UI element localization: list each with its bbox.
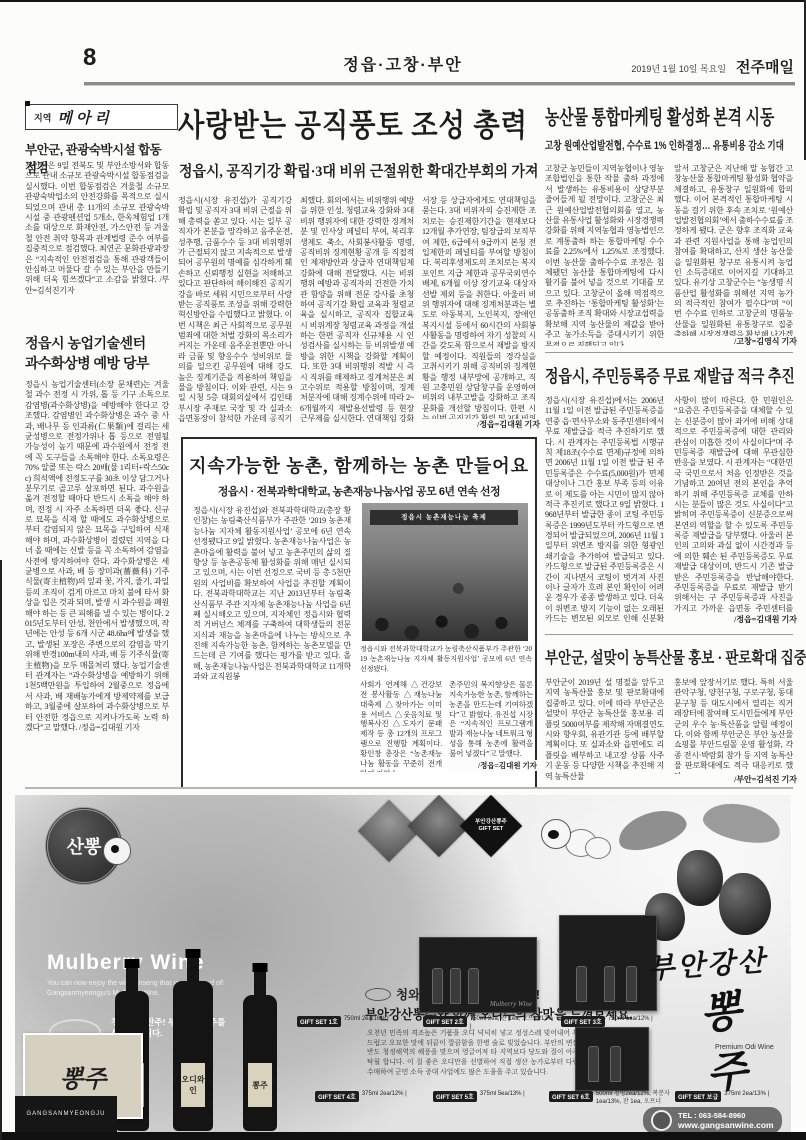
gift-set-label: GIFT SET 2호 750ml 2ea, 잔 1ea, 오프너/12% | — [423, 1016, 555, 1032]
main-byline: /정읍=김대원 기자 — [420, 419, 540, 430]
gift-set-diamond: 부안강산뽕주 GIFT SET — [460, 795, 522, 857]
header-rule — [84, 82, 795, 86]
main-column-2: 최했다. 회의에서는 비위행위 예방을 위한 인성, 청렴교육 강화와 3대 비… — [300, 196, 414, 422]
silkworm-mascot-icon — [531, 811, 611, 871]
left-article2-title-line1: 정읍시 농업기술센터 — [25, 333, 169, 353]
gift-box-photo: Mulberry Wine — [419, 937, 537, 1013]
gift-set-label: GIFT SET 3호 750ml 1ea/12% | — [561, 1016, 669, 1027]
left-article1-body: 부안군은 9일 전북도 및 부안소방서와 합동으로 관내 소규모 관광숙박시설 … — [25, 161, 169, 327]
right-article1-byline: /고창=김영식 기자 — [672, 336, 797, 347]
right-article3-column-1: 부안군이 2019년 설 명절을 앞두고 지역 농특산물 홍보 및 판로확대에 … — [545, 678, 664, 786]
left-article2-body: 정읍시 농업기술센터(소장 문채련)는 겨울철 과수 전정 시 가위, 톱 등 … — [25, 380, 169, 780]
ad-phone: TEL : 063-584-8960 — [678, 1111, 774, 1120]
silkworm-mascot-icon — [103, 837, 131, 865]
mulberry-wine-ad: 산뽕 Mulberry Wine You can now enjoy the w… — [15, 795, 791, 1132]
right-article1-column-1: 고창군 농민들이 지역농협이나 영농조합법인을 통한 작물 출하 과정에서 발생… — [545, 164, 664, 346]
right-article2-byline: /정읍=김대원 기자 — [672, 614, 797, 625]
ad-website: www.gangsanwine.com — [678, 1120, 774, 1130]
giftbox-script-text: Mulberry Wine — [490, 1000, 532, 1008]
badge-script-label: 메아리 — [57, 107, 112, 128]
ad-tagline: You can now enjoy the wild ginseng that … — [47, 979, 262, 999]
photo-caption: 정읍시와 전북과학대학교가 농림축산식품부가 주관한 ‘2019 농촌재능나눔 … — [360, 645, 532, 674]
main-headline: 사랑받는 공직풍토 조성 총력 — [178, 100, 495, 145]
right-article2-column-1: 정읍시(시장 유진섭)에서는 2006년 11월 1일 이전 발급된 주민등록증… — [545, 396, 664, 624]
issue-date: 2019년 1월 10일 목요일 — [631, 62, 726, 75]
photo-banner-text: 정읍시 농촌재능나눔 축제 — [370, 510, 518, 525]
header-right: 2019년 1월 10일 목요일 전주매일 — [631, 56, 794, 77]
left-article2-title-line2: 과수화상병 예방 당부 — [25, 353, 169, 373]
newspaper-page: 8 정읍·고창·부안 2019년 1월 10일 목요일 전주매일 지역 메아리 … — [0, 0, 806, 1140]
left-article2-title: 정읍시 농업기술센터 과수화상병 예방 당부 — [25, 333, 169, 374]
main-subheadline: 정읍시, 공직기강 확립·3대 비위 근절위한 확대간부회의 가져 — [179, 160, 514, 181]
frame-script-text: 뽕주 — [60, 1059, 106, 1094]
bottle-label: 오디와인 — [181, 1063, 205, 1107]
divider-rule — [545, 634, 793, 635]
right-article1-subtitle: 고창 원예산업발전협, 수수료 1% 인하결정… 유통비용 감소 기대 — [545, 137, 740, 153]
gift-box-photo — [559, 915, 657, 1011]
brand-english-subtitle: Premium Odi Wine — [715, 1043, 774, 1052]
paper-name: 전주매일 — [736, 56, 794, 77]
right-article3-column-2: 홍보에 앞장서기로 했다. 특히 서울 관악구청, 양천구청, 구로구청, 동대… — [674, 678, 793, 786]
right-article1-column-2: 앞서 고창군은 지난해 말 농협간 고창농산물 통합마케팅 활성화 협약을 체결… — [674, 164, 793, 346]
gift-set-label: GIFT SET 5호 375ml 5ea/13% | — [433, 1091, 545, 1102]
divider-rule — [545, 352, 793, 353]
ad-separator-rule — [25, 787, 793, 789]
main-column-3: 서장 등 상급자에게도 연대책임을 묻는다. 3대 비위자의 승진제한 조치로는… — [422, 196, 536, 422]
gift-box-photo — [575, 1027, 649, 1091]
event-photo: 정읍시 농촌재능나눔 축제 — [362, 503, 528, 641]
ad-body-copy: 오천년 민족의 격조높은 기품을 오디 넉넉히 넣고 정성스레 빚어내어 부드럽… — [367, 1029, 579, 1077]
badge-square-icon — [25, 101, 30, 106]
gift-set-label: GIFT SET 1호 750ml 2ea/16% | — [297, 1016, 417, 1027]
brand-calligraphy-line2: 뽕주 — [697, 973, 791, 1102]
wine-bottle: 뽕주 — [243, 995, 277, 1131]
right-article3-byline: /부안=김석진 기자 — [672, 774, 797, 785]
box-article-column-1: 정읍시(시장 유진섭)와 전북과학대학교(총장 황인창)는 농림축산식품부가 주… — [193, 506, 351, 774]
bottle-label: 뽕주 — [248, 1063, 272, 1107]
gift-set-diamond-label: 부안강산뽕주 GIFT SET — [471, 819, 511, 833]
gift-set-label: GIFT SET 6호 500ml 청병2ea/12%, 복분자1ea/13%,… — [549, 1091, 671, 1107]
box-article-subtitle: 정읍시 · 전북과학대학교, 농촌재능나눔사업 공모 6년 연속 선정 — [181, 483, 537, 499]
badge-small-label: 지역 — [34, 111, 51, 124]
main-column-1: 정읍시(시장 유진섭)가 공직기강 확립 및 공직자 3대 비위 근절을 위해 … — [178, 196, 292, 422]
ad-footer-logo: GANGSANMYEONGJU — [15, 1096, 117, 1132]
wine-bottle: 오디와인 — [173, 981, 213, 1131]
mulberry-photo-diamond — [358, 800, 420, 862]
page-edge-left — [0, 560, 2, 1140]
right-article3-title: 부안군, 설맞이 농특산물 홍보 · 판로확대 집중 — [545, 645, 755, 668]
brand-seal-icon — [651, 1110, 672, 1131]
right-article1-title: 농산물 통합마케팅 활성화 본격 시동 — [545, 101, 730, 130]
local-echo-badge: 지역 메아리 — [25, 104, 178, 130]
box-article-column-2: 사회가 연계해 △건강보전 봉사활동 △재능나눔 대축제 △찾아가는 이미용 서… — [360, 680, 442, 772]
seal-icon — [365, 988, 391, 1001]
right-article2-column-2: 사항이 많이 따른다. 한 민원인은 “요즘은 주민등록증을 대체할 수 있는 … — [674, 396, 793, 624]
page-edge-bottom — [0, 1132, 806, 1140]
right-article2-title: 정읍시, 주민등록증 무료 재발급 적극 추진 — [545, 362, 750, 387]
page-edge-top — [0, 0, 806, 2]
box-article-title: 지속가능한 농촌, 함께하는 농촌 만들어요 — [181, 452, 537, 478]
gift-set-label: GIFT SET 4호 375ml 2ea/12% | — [315, 1091, 427, 1102]
ad-contact: TEL : 063-584-8960 www.gangsanwine.com — [643, 1107, 782, 1132]
box-article-column-3: 촌주민의 복지향상은 물론 지속가능한 농촌, 함께하는 농촌을 만드는데 기여… — [449, 680, 533, 772]
gift-set-label: GIFT SET 보급 375ml 2ea/13% | — [675, 1091, 787, 1102]
box-article-byline: /정읍=김대원 기자 — [447, 760, 537, 771]
